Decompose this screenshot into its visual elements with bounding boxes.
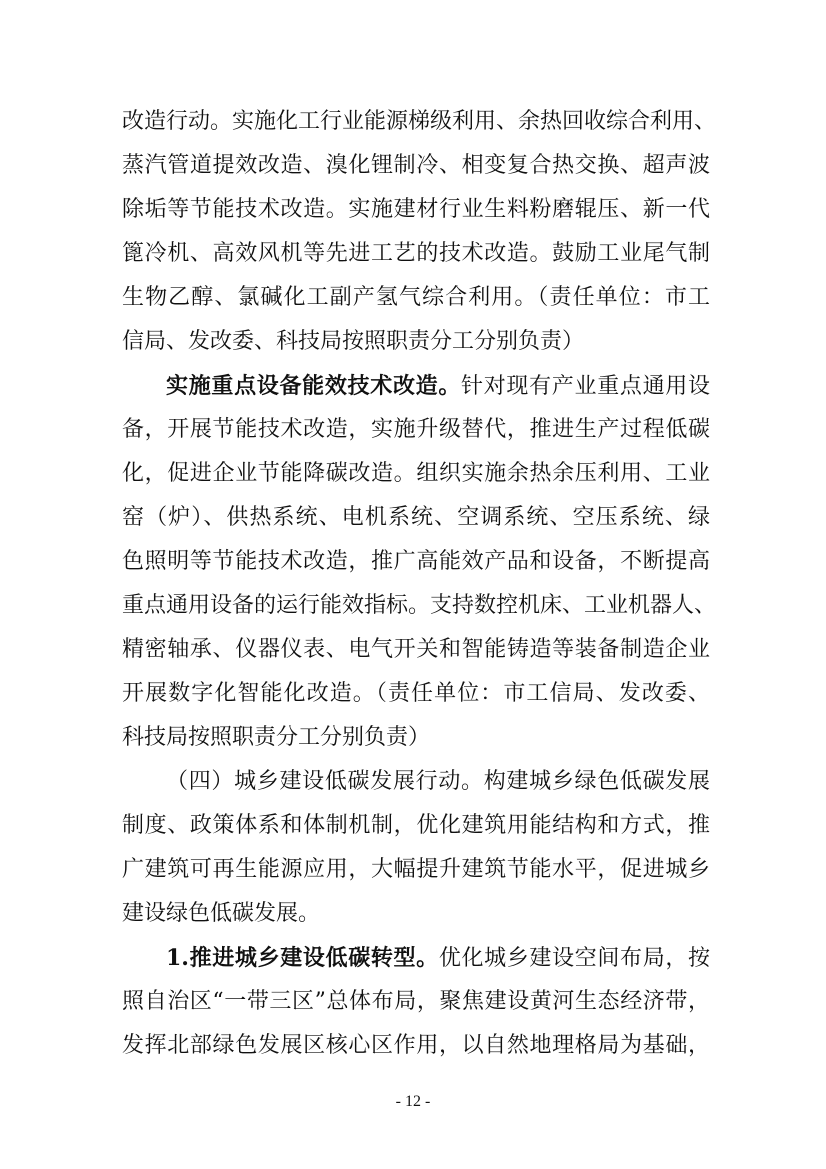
paragraph-equipment-efficiency: 实施重点设备能效技术改造。针对现有产业重点通用设 备，开展节能技术改造，实施升级… (122, 364, 710, 760)
text-run: 针对现有产业重点通用设 (461, 374, 710, 399)
text-line: 色照明等节能技术改造，推广高能效产品和设备，不断提高 (122, 540, 710, 584)
text-line: 重点通用设备的运行能效指标。支持数控机床、工业机器人、 (122, 584, 710, 628)
text-line: 开展数字化智能化改造。（责任单位：市工信局、发改委、 (122, 672, 710, 716)
text-line: 实施重点设备能效技术改造。针对现有产业重点通用设 (122, 364, 710, 408)
text-line: 除垢等节能技术改造。实施建材行业生料粉磨辊压、新一代 (122, 188, 710, 232)
text-line: 信局、发改委、科技局按照职责分工分别负责） (122, 320, 710, 364)
text-line: 改造行动。实施化工行业能源梯级利用、余热回收综合利用、 (122, 100, 710, 144)
text-run: 优化城乡建设空间布局，按 (439, 946, 710, 971)
page-number: - 12 - (0, 1093, 826, 1111)
text-line: 备，开展节能技术改造，实施升级替代，推进生产过程低碳 (122, 408, 710, 452)
text-line: 制度、政策体系和体制机制，优化建筑用能结构和方式，推 (122, 804, 710, 848)
text-line: 精密轴承、仪器仪表、电气开关和智能铸造等装备制造企业 (122, 628, 710, 672)
text-line: 窑（炉）、供热系统、电机系统、空调系统、空压系统、绿 (122, 496, 710, 540)
text-line: 篦冷机、高效风机等先进工艺的技术改造。鼓励工业尾气制 (122, 232, 710, 276)
text-line: 发挥北部绿色发展区核心区作用，以自然地理格局为基础， (122, 1024, 710, 1068)
paragraph-low-carbon-transition: 1.推进城乡建设低碳转型。优化城乡建设空间布局，按 照自治区“一带三区”总体布局… (122, 936, 710, 1068)
text-line: 建设绿色低碳发展。 (122, 892, 710, 936)
paragraph-heading: 实施重点设备能效技术改造。 (166, 373, 461, 399)
text-line: 1.推进城乡建设低碳转型。优化城乡建设空间布局，按 (122, 936, 710, 980)
page-body: 改造行动。实施化工行业能源梯级利用、余热回收综合利用、 蒸汽管道提效改造、溴化锂… (122, 100, 710, 1068)
paragraph-industry-retrofit: 改造行动。实施化工行业能源梯级利用、余热回收综合利用、 蒸汽管道提效改造、溴化锂… (122, 100, 710, 364)
text-line: 蒸汽管道提效改造、溴化锂制冷、相变复合热交换、超声波 (122, 144, 710, 188)
text-line: 科技局按照职责分工分别负责） (122, 716, 710, 760)
text-line: 照自治区“一带三区”总体布局，聚焦建设黄河生态经济带， (122, 980, 710, 1024)
text-line: 广建筑可再生能源应用，大幅提升建筑节能水平，促进城乡 (122, 848, 710, 892)
text-line: 化，促进企业节能降碳改造。组织实施余热余压利用、工业 (122, 452, 710, 496)
text-line: 生物乙醇、氯碱化工副产氢气综合利用。（责任单位：市工 (122, 276, 710, 320)
document-page: 改造行动。实施化工行业能源梯级利用、余热回收综合利用、 蒸汽管道提效改造、溴化锂… (0, 0, 826, 1169)
paragraph-urban-rural-section: （四）城乡建设低碳发展行动。构建城乡绿色低碳发展 制度、政策体系和体制机制，优化… (122, 760, 710, 936)
section-heading-line: （四）城乡建设低碳发展行动。构建城乡绿色低碳发展 (122, 760, 710, 804)
paragraph-heading: 1.推进城乡建设低碳转型。 (166, 945, 439, 971)
